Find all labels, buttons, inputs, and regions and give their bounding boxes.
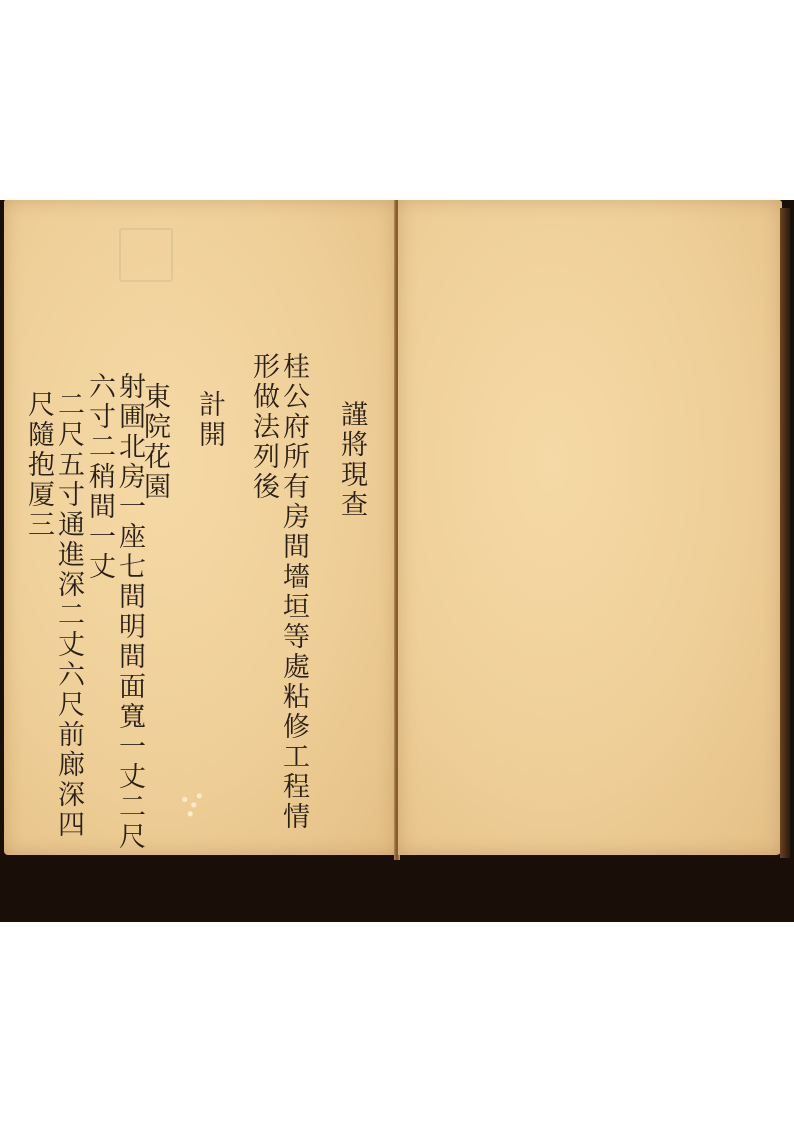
left-page: 謹將現查 桂公府所有房間墻垣等處粘修工程情形做法列後 計開 東院花園 射圃北房一… [4,200,396,855]
punch-hole-mark [174,785,210,821]
title-column: 桂公府所有房間墻垣等處粘修工程情形做法列後 [248,352,308,855]
book-spread: 謹將現查 桂公府所有房間墻垣等處粘修工程情形做法列後 計開 東院花園 射圃北房一… [0,200,794,922]
body-column-2: 二尺五寸通進深二丈六尺前廊深四尺隨抱厦三 [23,390,83,855]
heading-column: 謹將現查 [336,400,366,520]
list-heading-column: 計開 [194,390,224,450]
body-column-1: 射圃北房一座七間明間面寬一丈二尺六寸二稍間一丈 [84,372,144,855]
page-edge-shadow [780,208,790,858]
right-page-blank [398,200,782,855]
faint-seal-mark [119,228,173,282]
